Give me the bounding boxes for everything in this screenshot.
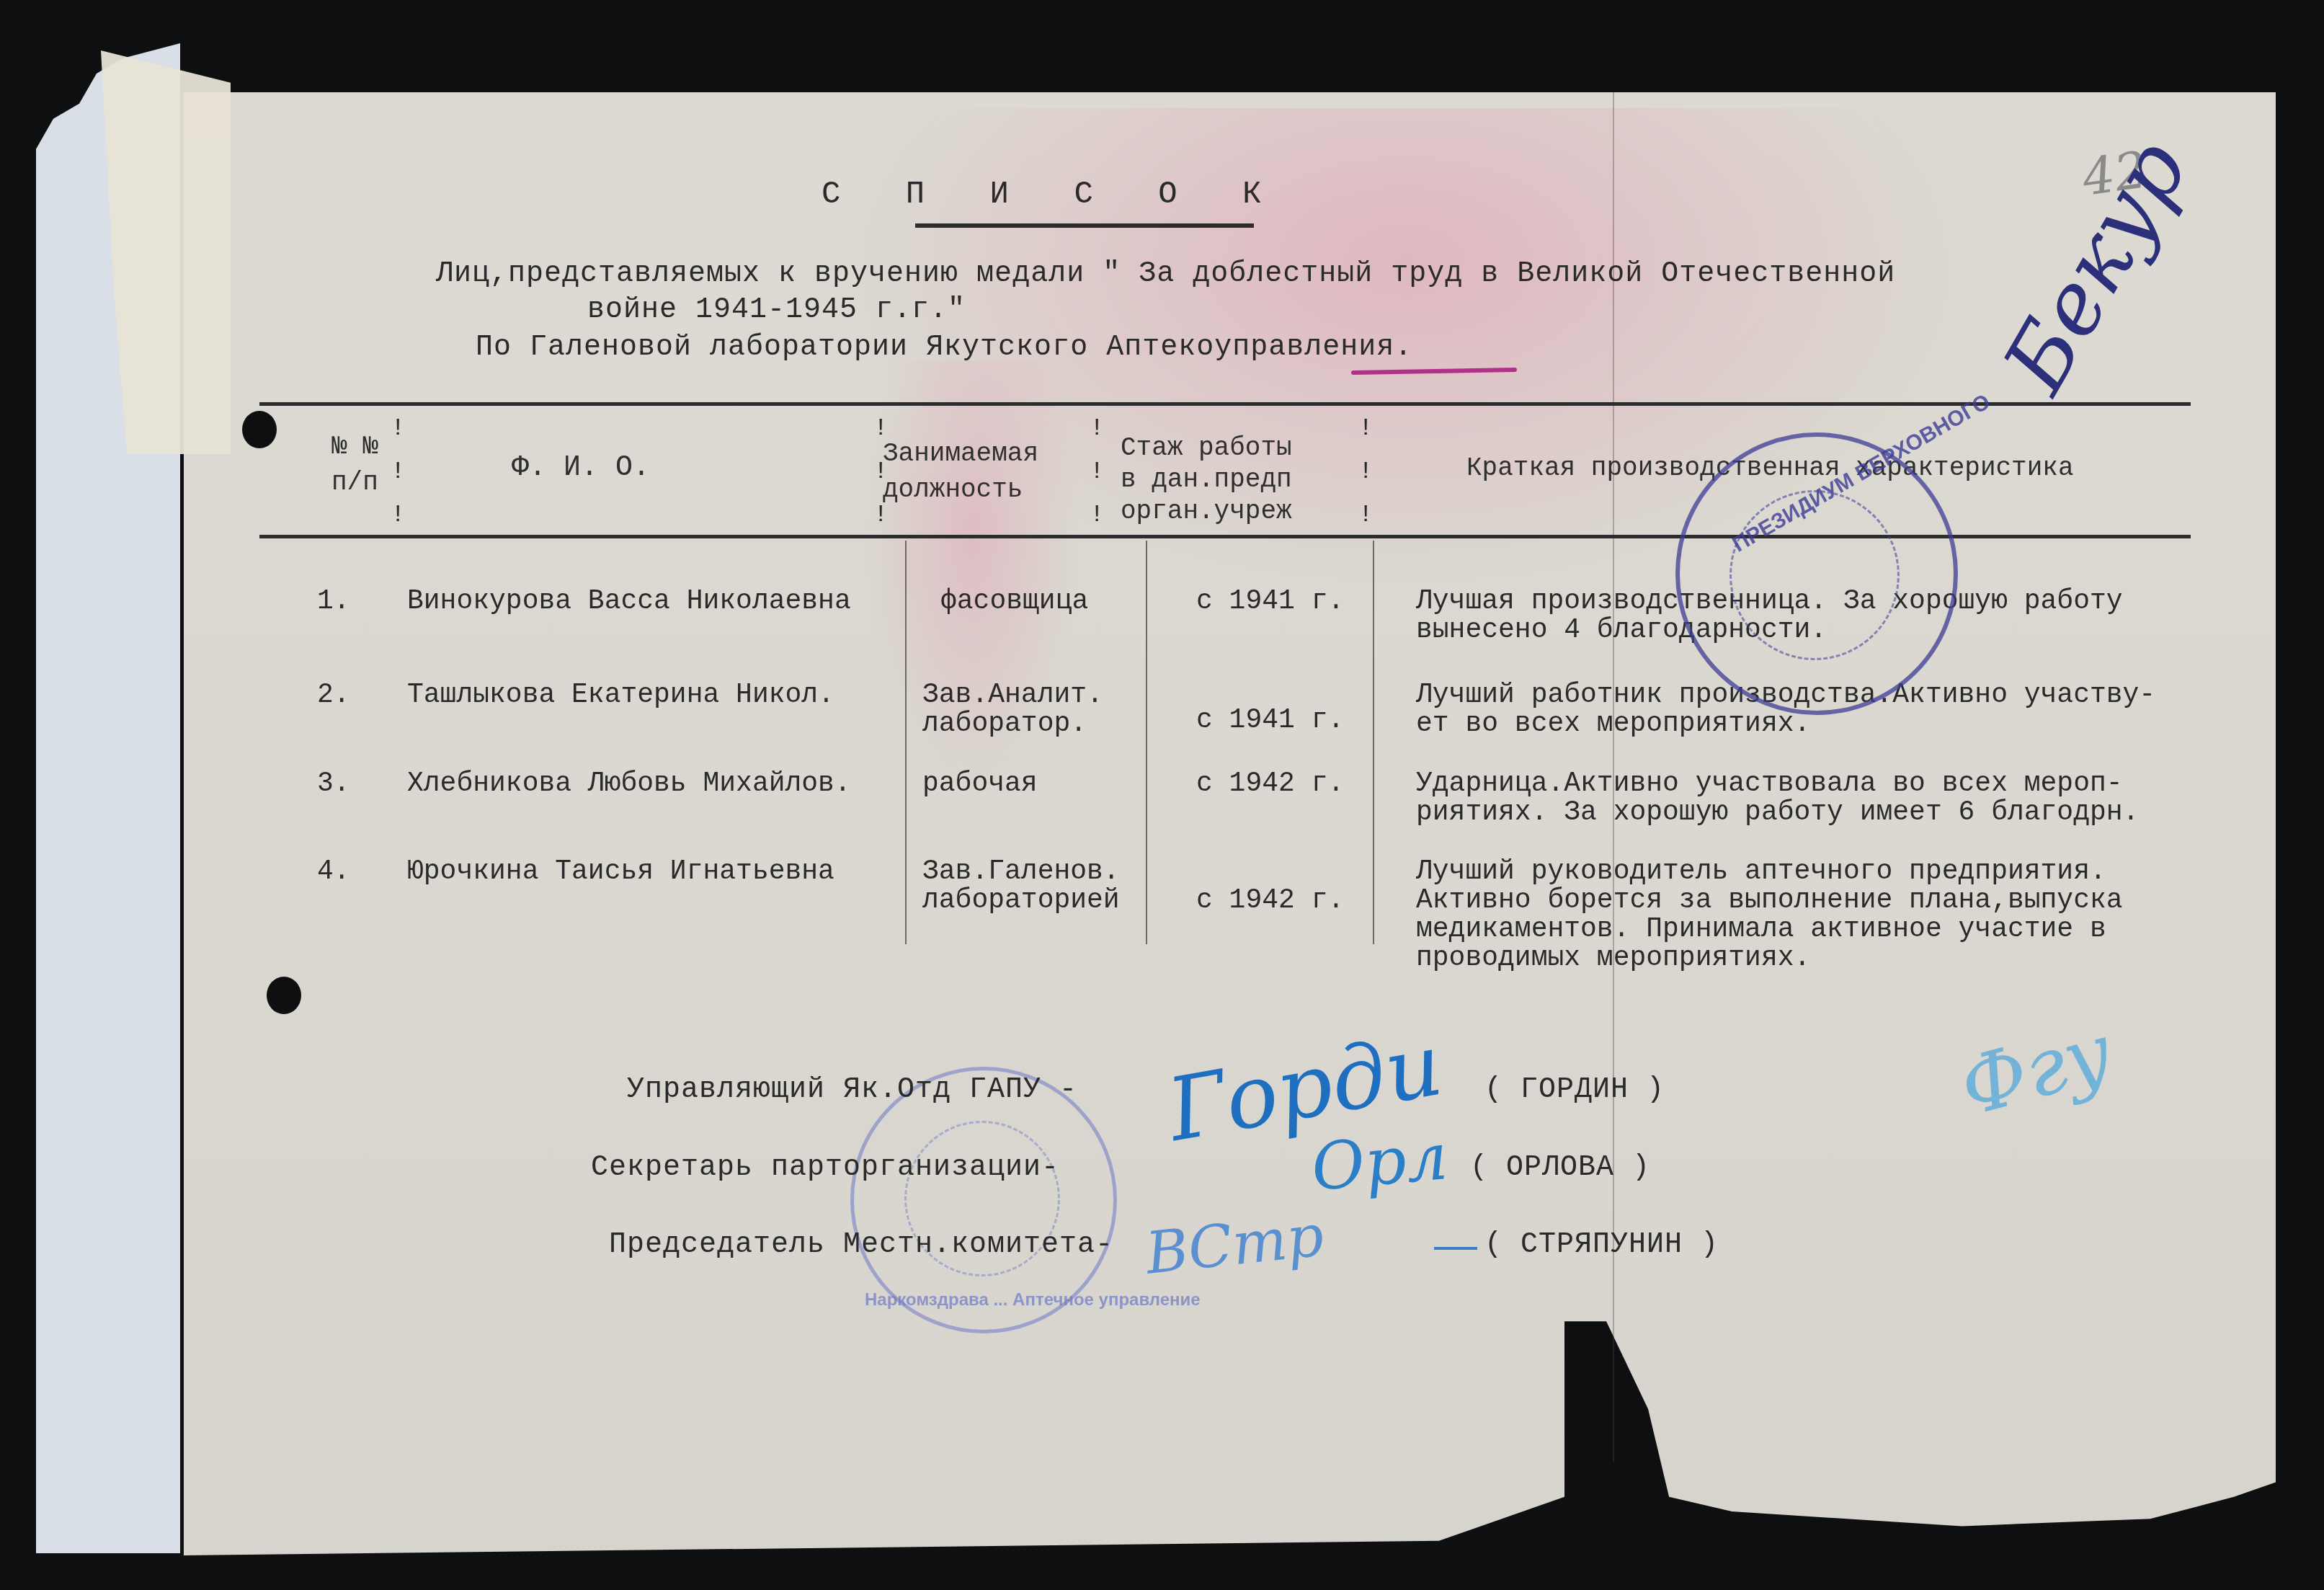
seal-text: Наркомздрава ... Аптечное управление bbox=[865, 1290, 1201, 1310]
header-separator: ! ! ! bbox=[873, 407, 889, 537]
column-divider bbox=[905, 541, 907, 944]
signature-orlova: Орл bbox=[1309, 1119, 1451, 1206]
row-name: Винокурова Васса Николаевна bbox=[407, 587, 851, 616]
signature-dash bbox=[1434, 1247, 1477, 1250]
row-position: Зав.Галенов. лабораторией bbox=[922, 858, 1120, 915]
row-tenure: с 1942 г. bbox=[1196, 770, 1344, 799]
organization-line: По Галеновой лаборатории Якутского Аптек… bbox=[476, 332, 1412, 364]
row-characteristic: Ударница.Активно участвовала во всех мер… bbox=[1416, 770, 2139, 827]
row-position: Зав.Аналит. лаборатор. bbox=[922, 681, 1103, 739]
column-divider bbox=[1373, 541, 1374, 944]
document-title: С П И С О К bbox=[822, 177, 1284, 213]
punch-hole bbox=[267, 977, 301, 1014]
official-seal-right-inner bbox=[1729, 490, 1900, 660]
header-number: № № п/п bbox=[331, 429, 378, 501]
header-separator: ! ! ! bbox=[391, 407, 406, 537]
header-position: Занимаемая должность bbox=[883, 436, 1038, 508]
signatory-role: Управляющий Як.Отд ГАПУ - bbox=[627, 1074, 1077, 1106]
subtitle-line-1: Лиц,представляемых к вручению медали " З… bbox=[436, 258, 1895, 290]
header-separator: ! ! ! bbox=[1358, 407, 1374, 537]
row-tenure: с 1941 г. bbox=[1196, 587, 1344, 616]
row-name: Ташлыкова Екатерина Никол. bbox=[407, 681, 834, 710]
row-number: 4. bbox=[317, 858, 350, 887]
signatory-role: Секретарь парторганизации- bbox=[591, 1152, 1059, 1184]
subtitle-line-2: войне 1941-1945 г.г." bbox=[587, 294, 966, 327]
row-number: 2. bbox=[317, 681, 350, 710]
row-position: рабочая bbox=[922, 770, 1038, 799]
header-separator: ! ! ! bbox=[1090, 407, 1105, 537]
row-tenure: с 1942 г. bbox=[1196, 887, 1344, 915]
row-name: Юрочкина Таисья Игнатьевна bbox=[407, 858, 834, 887]
column-divider bbox=[1146, 541, 1147, 944]
signatory-name: ( ГОРДИН ) bbox=[1484, 1074, 1665, 1106]
row-position: фасовщица bbox=[940, 587, 1088, 616]
signatory-name: ( СТРЯПУНИН ) bbox=[1484, 1229, 1719, 1261]
punch-hole bbox=[242, 411, 277, 448]
signatory-name: ( ОРЛОВА ) bbox=[1470, 1152, 1650, 1184]
table-top-rule bbox=[259, 402, 2191, 406]
row-number: 1. bbox=[317, 587, 350, 616]
row-number: 3. bbox=[317, 770, 350, 799]
title-underline bbox=[915, 223, 1254, 228]
row-name: Хлебникова Любовь Михайлов. bbox=[407, 770, 851, 799]
header-tenure: Стаж работы в дан.предп орган.учреж bbox=[1121, 432, 1292, 528]
row-tenure: с 1941 г. bbox=[1196, 706, 1344, 735]
signatory-role: Председатель Местн.комитета- bbox=[609, 1229, 1113, 1261]
header-name: Ф. И. О. bbox=[512, 450, 650, 487]
row-characteristic: Лучший руководитель аптечного предприяти… bbox=[1416, 858, 2123, 973]
